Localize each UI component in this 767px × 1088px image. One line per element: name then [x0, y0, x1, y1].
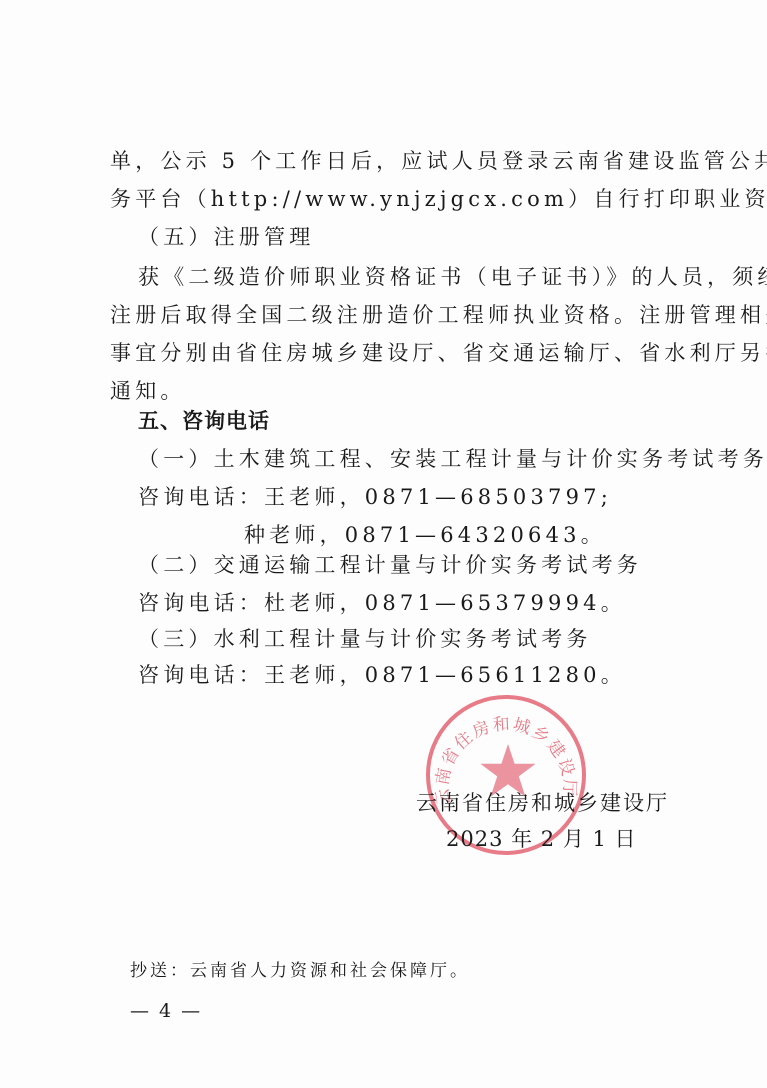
issue-date: 2023 年 2 月 1 日	[446, 826, 637, 852]
document-page: 单，公示 5 个工作日后，应试人员登录云南省建设监管公共服 务平台（http:/…	[0, 0, 767, 1088]
section-consult-title: 五、咨询电话	[138, 408, 270, 434]
consult-item-3-subtitle: （三）水利工程计量与计价实务考试考务	[138, 626, 592, 652]
issuer-name: 云南省住房和城乡建设厅	[416, 790, 669, 816]
body-line-1: 单，公示 5 个工作日后，应试人员登录云南省建设监管公共服	[110, 148, 767, 174]
consult-item-2-subtitle: （二）交通运输工程计量与计价实务考试考务	[138, 552, 642, 578]
registration-line-3: 事宜分别由省住房城乡建设厅、省交通运输厅、省水利厅另行	[110, 340, 767, 366]
registration-line-2: 注册后取得全国二级注册造价工程师执业资格。注册管理相关	[110, 302, 767, 328]
consult-item-3-contact-1: 咨询电话：王老师，0871—65611280。	[138, 662, 626, 688]
consult-item-1-contact-1: 咨询电话：王老师，0871—68503797;	[138, 484, 612, 510]
consult-item-2-contact-1: 咨询电话：杜老师，0871—65379994。	[138, 590, 626, 616]
registration-line-4: 通知。	[110, 378, 186, 404]
consult-item-1-subtitle: （一）土木建筑工程、安装工程计量与计价实务考试考务	[138, 446, 767, 472]
page-number: — 4 —	[130, 998, 202, 1024]
section-registration-title: （五）注册管理	[138, 224, 314, 250]
body-line-2: 务平台（http://www.ynjzjgcx.com）自行打印职业资格电子证书…	[110, 186, 767, 212]
consult-item-1-contact-2: 种老师，0871—64320643。	[244, 522, 606, 548]
registration-line-1: 获《二级造价师职业资格证书（电子证书）》的人员，须经	[138, 264, 767, 290]
cc-line: 抄送：云南省人力资源和社会保障厅。	[130, 958, 470, 984]
